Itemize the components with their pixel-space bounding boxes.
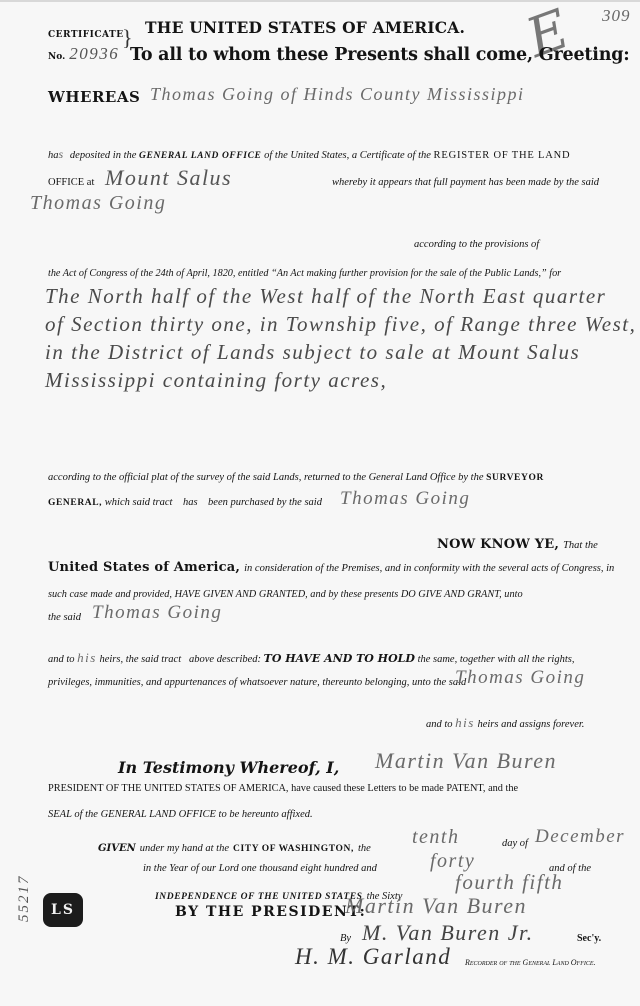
payment-line: whereby it appears that full payment has… xyxy=(332,177,599,188)
grantee-name: Thomas Going xyxy=(92,602,222,624)
day-value: tenth xyxy=(412,826,460,849)
president-name-handwritten: Martin Van Buren xyxy=(375,748,557,774)
grantee-full-name: Thomas Going of Hinds County Mississippi xyxy=(150,84,525,105)
certificate-number: No. 20936 xyxy=(48,44,119,64)
survey-line-1: according to the official plat of the su… xyxy=(48,472,544,483)
page-number: 309 xyxy=(602,6,631,26)
secretary-signature: M. Van Buren Jr. xyxy=(362,920,534,946)
land-office-location: Mount Salus xyxy=(105,165,232,191)
locus-sigilli-seal: LS xyxy=(43,893,83,927)
recorder-signature: H. M. Garland xyxy=(295,944,451,970)
purchaser-name: Thomas Going xyxy=(340,488,470,510)
certificate-number-value: 20936 xyxy=(69,44,119,63)
survey-line-2: GENERAL, which said tract has been purch… xyxy=(48,497,322,508)
land-description-line-3: in the District of Lands subject to sale… xyxy=(45,340,580,365)
given-line: GIVEN under my hand at the CITY OF WASHI… xyxy=(98,838,371,856)
certificate-label: CERTIFICATE xyxy=(48,30,124,40)
deposit-line: has deposited in the GENERAL LAND OFFICE… xyxy=(48,147,570,162)
payer-name: Thomas Going xyxy=(30,192,166,215)
margin-number: 55217 xyxy=(16,875,33,923)
to-have-and-to-hold: TO HAVE AND TO HOLD xyxy=(264,652,415,665)
year-line: in the Year of our Lord one thousand eig… xyxy=(143,863,377,874)
by-the-president-label: BY THE PRESIDENT: xyxy=(175,904,366,920)
document-title: THE UNITED STATES OF AMERICA. xyxy=(145,18,465,37)
whereas-label: WHEREAS xyxy=(48,88,140,106)
assigns-line: and to his heirs and assigns forever. xyxy=(426,715,584,731)
recorder-title: Recorder of the General Land Office. xyxy=(465,958,596,967)
day-of-label: day of xyxy=(502,838,528,849)
testimony-heading: In Testimony Whereof, I, xyxy=(118,758,339,777)
heirs-line: and to his heirs, the said tract above d… xyxy=(48,650,574,666)
month-value: December xyxy=(535,826,625,848)
president-signature: Martin Van Buren xyxy=(345,893,527,919)
act-of-congress-line: the Act of Congress of the 24th of April… xyxy=(48,268,561,279)
granted-line: such case made and provided, HAVE GIVEN … xyxy=(48,589,523,600)
seal-line: SEAL of the GENERAL LAND OFFICE to be he… xyxy=(48,809,313,820)
consideration-line: United States of America, in considerati… xyxy=(48,558,614,576)
secretary-title: Sec'y. xyxy=(577,933,601,944)
by-label: By xyxy=(340,933,351,944)
general-land-office-bold: GENERAL LAND OFFICE xyxy=(139,151,261,161)
greeting: To all to whom these Presents shall come… xyxy=(130,45,630,65)
the-said-label: the said xyxy=(48,612,81,623)
grantee-name-2: Thomas Going xyxy=(455,667,585,689)
now-know-ye-line: NOW KNOW YE, That the xyxy=(437,535,598,553)
land-description-line-1: The North half of the West half of the N… xyxy=(45,284,606,309)
office-line-label: OFFICE at xyxy=(48,177,94,188)
provisions-line: according to the provisions of xyxy=(414,239,539,250)
privileges-line: privileges, immunities, and appurtenance… xyxy=(48,677,466,688)
independence-ordinal: fourth fifth xyxy=(455,870,563,895)
president-line: PRESIDENT OF THE UNITED STATES OF AMERIC… xyxy=(48,783,518,794)
land-description-line-2: of Section thirty one, in Township five,… xyxy=(45,312,636,337)
certificate-no-label: No. xyxy=(48,52,65,62)
land-description-line-4: Mississippi containing forty acres, xyxy=(45,368,387,393)
